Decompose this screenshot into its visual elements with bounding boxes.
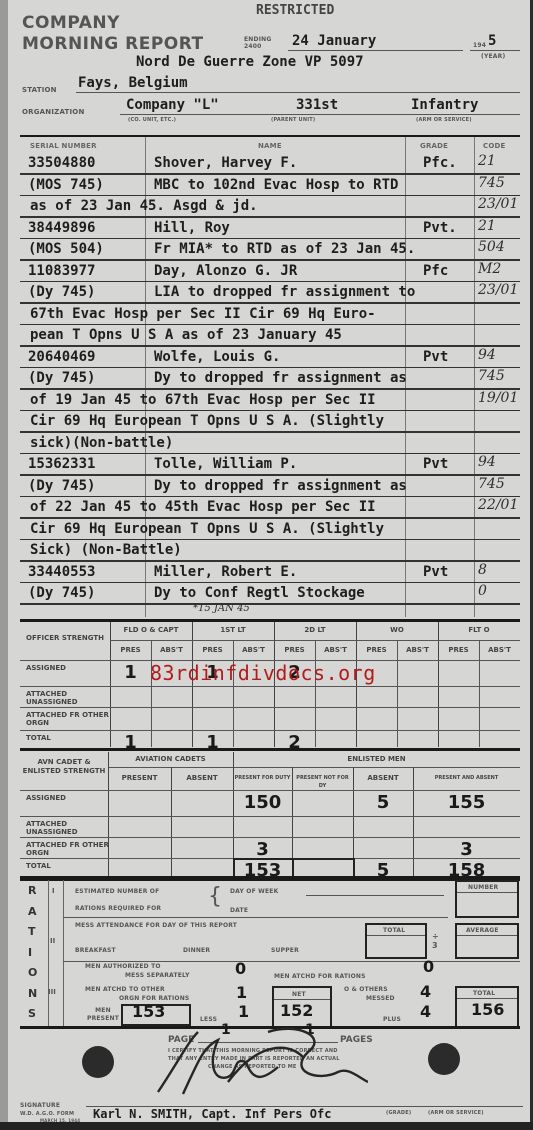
- officer-row-label: ATTACHED UNASSIGNED: [20, 690, 116, 706]
- form-id: W.D. A.G.O. FORM: [20, 1111, 74, 1117]
- rations-letter: I: [28, 946, 32, 959]
- men-atchd-rations-value[interactable]: 0: [423, 957, 434, 976]
- enlisted-cell[interactable]: 150: [233, 792, 292, 813]
- col-header-grade: GRADE: [420, 142, 448, 150]
- plus-label: PLUS: [383, 1016, 401, 1023]
- code-cell: 504: [478, 239, 505, 255]
- estimated-label-2: RATIONS REQUIRED FOR: [75, 905, 161, 912]
- serial-cell: 20640469: [28, 349, 95, 365]
- code-cell: 8: [478, 562, 487, 578]
- org-sublabel-parent: (PARENT UNIT): [271, 117, 315, 123]
- men-present-value[interactable]: 153: [132, 1002, 165, 1021]
- officer-subcol-header: PRES: [356, 646, 397, 654]
- officer-row-label: TOTAL: [20, 734, 116, 742]
- serial-cell: 38449896: [28, 220, 95, 236]
- serial-cell: (MOS 504): [28, 241, 104, 257]
- rations-top-rule: [20, 878, 520, 881]
- entry-text-cell: of 19 Jan 45 to 67th Evac Hosp per Sec I…: [30, 392, 376, 408]
- org-sublabel-arm: (ARM OR SERVICE): [416, 117, 472, 123]
- plus-value[interactable]: 4: [420, 1002, 431, 1021]
- less-value[interactable]: 1: [238, 1002, 249, 1021]
- report-date[interactable]: 24 January: [292, 33, 376, 49]
- men-present-label: MEN PRESENT: [83, 1007, 123, 1023]
- signature-scrawl: [128, 1022, 368, 1102]
- entry-text-cell: Miller, Robert E.: [154, 564, 297, 580]
- officer-subcol-header: ABS'T: [397, 646, 438, 654]
- rations-letter: N: [28, 987, 37, 1000]
- officer-group-header: FLT O: [438, 626, 520, 634]
- col-header-name: NAME: [258, 142, 282, 150]
- enlisted-cell[interactable]: 3: [233, 839, 292, 860]
- entry-text-cell: Cir 69 Hq European T Opns U S A. (Slight…: [30, 521, 384, 537]
- entry-text-cell: pean T Opns U S A as of 23 January 45: [30, 327, 342, 343]
- grade-cell: Pvt.: [423, 220, 457, 236]
- organization-regiment[interactable]: 331st: [296, 97, 338, 113]
- mess-total-label: TOTAL: [383, 927, 405, 934]
- entry-text-cell: Hill, Roy: [154, 220, 230, 236]
- serial-cell: 33440553: [28, 564, 95, 580]
- classification-stamp: RESTRICTED: [256, 3, 334, 18]
- breakfast-label: BREAKFAST: [75, 947, 116, 954]
- enlisted-men-header: ENLISTED MEN: [233, 755, 520, 763]
- code-cell: 94: [478, 347, 496, 363]
- entry-text-cell: Cir 69 Hq European T Opns U S A. (Slight…: [30, 413, 384, 429]
- rations-letter: A: [28, 905, 37, 918]
- number-label: NUMBER: [468, 884, 498, 891]
- entry-text-cell: Sick) (Non-Battle): [30, 542, 182, 558]
- section-ii-label: II: [50, 937, 55, 945]
- year-label: (YEAR): [481, 53, 505, 60]
- roster-top-rule: [20, 135, 520, 137]
- arm-label: (ARM OR SERVICE): [428, 1110, 484, 1116]
- entry-text-cell: of 22 Jan 45 to 45th Evac Hosp per Sec I…: [30, 499, 376, 515]
- roster-bottom-rule: [20, 619, 520, 622]
- divide-three: ÷ 3: [432, 932, 442, 950]
- enlisted-col-header: PRESENT: [108, 774, 171, 782]
- enlisted-col-header: PRESENT FOR DUTY: [233, 774, 292, 782]
- entry-text-cell: as of 23 Jan 45. Asgd & jd.: [30, 198, 258, 214]
- entry-text-cell: Day, Alonzo G. JR: [154, 263, 297, 279]
- code-cell: 19/01: [478, 390, 518, 406]
- year-prefix: 194: [473, 42, 486, 49]
- enlisted-col-header: ABSENT: [353, 774, 413, 782]
- serial-cell: (Dy 745): [28, 284, 95, 300]
- section-iii-label: III: [48, 988, 56, 996]
- officer-group-header: 1ST LT: [192, 626, 274, 634]
- enlisted-cell[interactable]: 5: [353, 792, 413, 813]
- rations-letter: T: [28, 925, 36, 938]
- entry-text-cell: LIA to dropped fr assignment to: [154, 284, 415, 300]
- org-sublabel-unit: (CO. UNIT, ETC.): [128, 117, 176, 123]
- men-auth-label-2: MESS SEPARATELY: [125, 972, 190, 979]
- code-cell: M2: [478, 261, 501, 277]
- punch-hole-right: [428, 1043, 460, 1075]
- serial-cell: (MOS 745): [28, 177, 104, 193]
- form-title-line1: COMPANY: [22, 13, 120, 34]
- aviation-cadets-header: AVIATION CADETS: [108, 755, 233, 763]
- officer-subcol-header: PRES: [110, 646, 151, 654]
- organization-company[interactable]: Company "L": [126, 97, 219, 113]
- officer-subcol-header: ABS'T: [233, 646, 274, 654]
- rations-letter: O: [28, 966, 37, 979]
- enlisted-cell[interactable]: 155: [413, 792, 520, 813]
- entry-text-cell: Dy to Conf Regtl Stockage: [154, 585, 365, 601]
- grand-total-label: TOTAL: [473, 990, 495, 997]
- o-others-value[interactable]: 4: [420, 982, 431, 1001]
- entry-text-cell: Dy to dropped fr assignment as: [154, 370, 407, 386]
- officer-subcol-header: PRES: [274, 646, 315, 654]
- rations-letter: R: [28, 884, 36, 897]
- handwritten-note: *15 JAN 45: [193, 603, 250, 614]
- scan-edge: [0, 0, 8, 1130]
- col-header-serial: SERIAL NUMBER: [30, 142, 97, 150]
- officer-group-header: 2D LT: [274, 626, 356, 634]
- code-cell: 94: [478, 454, 496, 470]
- signer-name: Karl N. SMITH, Capt. Inf Pers Ofc: [93, 1107, 331, 1121]
- men-auth-label-1: MEN AUTHORIZED TO: [85, 963, 161, 970]
- form-title-line2: MORNING REPORT: [22, 34, 204, 55]
- o-others-label-2: MESSED: [366, 995, 395, 1002]
- officer-subcol-header: PRES: [438, 646, 479, 654]
- enlisted-col-header: PRESENT AND ABSENT: [413, 774, 520, 782]
- officer-group-header: WO: [356, 626, 438, 634]
- mess-attendance-label: MESS ATTENDANCE FOR DAY OF THIS REPORT: [75, 922, 237, 929]
- code-cell: 21: [478, 218, 496, 234]
- men-atchd-other-value[interactable]: 1: [236, 983, 247, 1002]
- rations-letter: S: [28, 1007, 36, 1020]
- officer-row-label: ATTACHED FR OTHER ORGN: [20, 711, 116, 727]
- enlisted-col-header: PRESENT NOT FOR DY: [292, 774, 353, 790]
- officer-subcol-header: ABS'T: [479, 646, 520, 654]
- section-i-label: I: [52, 887, 55, 895]
- officer-row-label: ASSIGNED: [20, 664, 116, 672]
- grade-cell: Pvt: [423, 456, 448, 472]
- net-label: NET: [292, 991, 306, 998]
- enlisted-row-label: ATTACHED FR OTHER ORGN: [20, 841, 114, 857]
- o-others-label-1: O & OTHERS: [344, 986, 388, 993]
- ending-label: ENDING 2400: [244, 36, 274, 50]
- scan-bottom-edge: [0, 1122, 533, 1130]
- code-cell: 0: [478, 583, 487, 599]
- code-cell: 745: [478, 175, 505, 191]
- enlisted-cell[interactable]: 3: [413, 839, 520, 860]
- grand-total-value[interactable]: 156: [471, 1000, 504, 1019]
- enlisted-strength-title: AVN CADET & ENLISTED STRENGTH: [20, 758, 108, 776]
- men-auth-value[interactable]: 0: [235, 959, 246, 978]
- report-year-digit[interactable]: 5: [488, 33, 496, 49]
- organization-arm[interactable]: Infantry: [411, 97, 478, 113]
- station-label: STATION: [22, 86, 57, 94]
- organization-label: ORGANIZATION: [22, 108, 85, 116]
- officer-strength-title: OFFICER STRENGTH: [20, 634, 110, 642]
- date-label: DATE: [230, 907, 248, 914]
- station-value[interactable]: Fays, Belgium: [78, 75, 188, 91]
- day-of-week-field[interactable]: [306, 895, 444, 896]
- enlisted-row-label: ASSIGNED: [20, 794, 114, 802]
- day-of-week-label: DAY OF WEEK: [230, 888, 278, 895]
- entry-text-cell: sick)(Non-battle): [30, 435, 173, 451]
- entry-text-cell: Dy to dropped fr assignment as: [154, 478, 407, 494]
- serial-cell: 33504880: [28, 155, 95, 171]
- code-cell: 23/01: [478, 282, 518, 298]
- grade-cell: Pfc: [423, 263, 448, 279]
- col-header-code: CODE: [483, 142, 505, 150]
- dinner-label: DINNER: [183, 947, 210, 954]
- men-atchd-other-label-1: MEN ATCHD TO OTHER: [85, 986, 165, 993]
- morning-report-form: RESTRICTED COMPANY MORNING REPORT ENDING…: [8, 0, 530, 1122]
- entry-text-cell: 67th Evac Hosp per Sec II Cir 69 Hq Euro…: [30, 306, 376, 322]
- serial-cell: (Dy 745): [28, 370, 95, 386]
- enlisted-row-label: ATTACHED UNASSIGNED: [20, 820, 114, 836]
- enlisted-col-header: ABSENT: [171, 774, 233, 782]
- officer-subcol-header: PRES: [192, 646, 233, 654]
- entry-text-cell: Shover, Harvey F.: [154, 155, 297, 171]
- men-atchd-other-label-2: ORGN FOR RATIONS: [119, 995, 189, 1002]
- serial-cell: (Dy 745): [28, 585, 95, 601]
- grade-label: (GRADE): [386, 1110, 411, 1116]
- punch-hole-left: [82, 1046, 114, 1078]
- men-atchd-rations-label: MEN ATCHD FOR RATIONS: [274, 973, 366, 980]
- officer-subcol-header: ABS'T: [151, 646, 192, 654]
- average-label: AVERAGE: [466, 927, 499, 934]
- officer-cell[interactable]: 1: [110, 662, 151, 683]
- location-line: Nord De Guerre Zone VP 5097: [136, 54, 364, 70]
- code-cell: 23/01: [478, 196, 518, 212]
- grade-cell: Pvt: [423, 564, 448, 580]
- entry-text-cell: Fr MIA* to RTD as of 23 Jan 45.: [154, 241, 415, 257]
- code-cell: 745: [478, 368, 505, 384]
- entry-text-cell: Tolle, William P.: [154, 456, 297, 472]
- supper-label: SUPPER: [271, 947, 299, 954]
- net-value[interactable]: 152: [280, 1001, 313, 1020]
- watermark: 83rdinfdivdocs.org: [150, 661, 376, 685]
- code-cell: 745: [478, 476, 505, 492]
- entry-text-cell: MBC to 102nd Evac Hosp to RTD: [154, 177, 398, 193]
- serial-cell: (Dy 745): [28, 478, 95, 494]
- grade-cell: Pvt: [423, 349, 448, 365]
- serial-cell: 11083977: [28, 263, 95, 279]
- entry-text-cell: Wolfe, Louis G.: [154, 349, 280, 365]
- signature-label: SIGNATURE: [20, 1102, 60, 1109]
- enlisted-row-label: TOTAL: [20, 862, 114, 870]
- estimated-label-1: ESTIMATED NUMBER OF: [75, 888, 159, 895]
- grade-cell: Pfc.: [423, 155, 457, 171]
- officer-group-header: FLD O & CAPT: [110, 626, 192, 634]
- officer-subcol-header: ABS'T: [315, 646, 356, 654]
- code-cell: 21: [478, 153, 496, 169]
- code-cell: 22/01: [478, 497, 518, 513]
- serial-cell: 15362331: [28, 456, 95, 472]
